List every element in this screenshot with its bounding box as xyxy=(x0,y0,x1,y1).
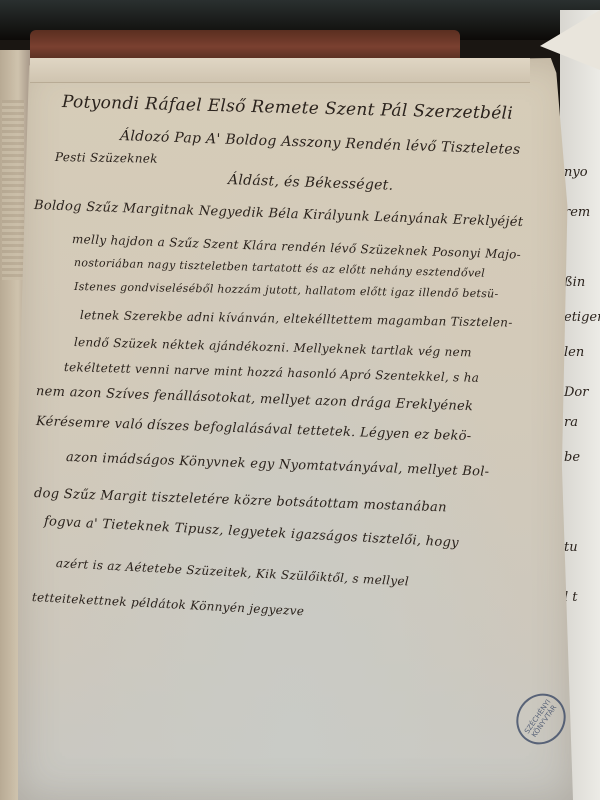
margin-fragment: rem xyxy=(564,205,590,220)
margin-fragment: Dor xyxy=(564,385,588,400)
manuscript-line: Pesti Szüzeknek xyxy=(55,150,158,166)
margin-fragment: tu xyxy=(564,540,578,555)
printed-page-edge xyxy=(2,100,24,280)
margin-fragment: len xyxy=(564,345,584,360)
margin-fragment: etigen xyxy=(564,310,600,325)
margin-fragment: be xyxy=(564,450,580,465)
page-top-fold xyxy=(30,58,530,83)
margin-fragment: ra xyxy=(564,415,578,430)
margin-fragment: nyo xyxy=(564,165,588,180)
book-binding-spine xyxy=(30,30,460,58)
margin-fragment: ßin xyxy=(564,275,585,290)
